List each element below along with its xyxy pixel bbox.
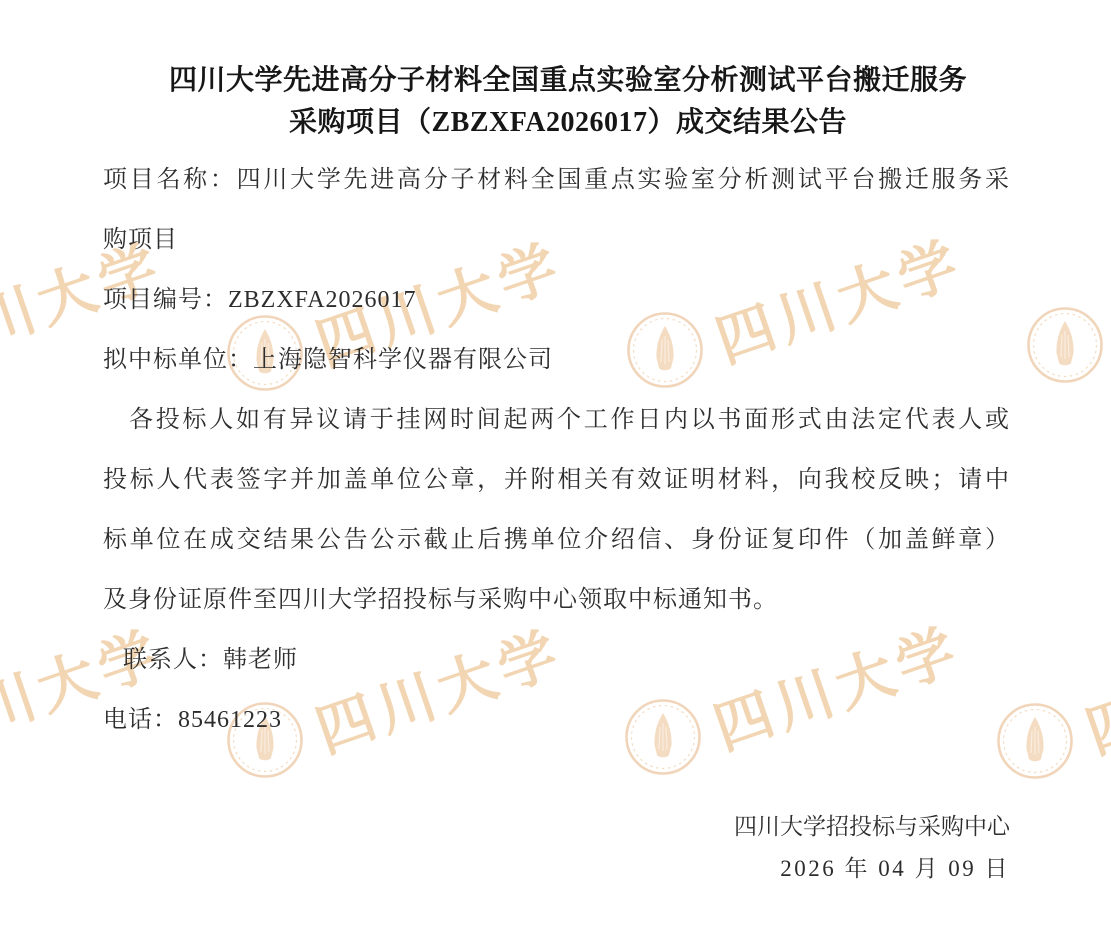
project-name-line: 购项目 [103,210,1010,270]
announcement-page: 四川大学 四川大学 四川大学 [0,0,1111,931]
winning-bidder-line: 拟中标单位：上海隐智科学仪器有限公司 [103,330,1010,390]
contact-line: 联系人：韩老师 [103,630,1010,690]
title-line-2: 采购项目（ZBZXFA2026017）成交结果公告 [25,102,1111,144]
objection-line: 标单位在成交结果公告公示截止后携单位介绍信、身份证复印件（加盖鲜章） [103,510,1010,570]
objection-line: 及身份证原件至四川大学招投标与采购中心领取中标通知书。 [103,570,1010,630]
project-name-line: 项目名称：四川大学先进高分子材料全国重点实验室分析测试平台搬迁服务采 [103,150,1010,210]
document-body: 项目名称：四川大学先进高分子材料全国重点实验室分析测试平台搬迁服务采 购项目 项… [103,150,1010,750]
objection-line: 各投标人如有异议请于挂网时间起两个工作日内以书面形式由法定代表人或 [103,390,1010,450]
project-number-line: 项目编号：ZBZXFA2026017 [103,270,1010,330]
document-title: 四川大学先进高分子材料全国重点实验室分析测试平台搬迁服务 采购项目（ZBZXFA… [25,60,1111,144]
phone-line: 电话：85461223 [103,690,1010,750]
signature-date: 2026 年 04 月 09 日 [0,848,1010,890]
signature-org: 四川大学招投标与采购中心 [0,806,1010,848]
title-line-1: 四川大学先进高分子材料全国重点实验室分析测试平台搬迁服务 [25,60,1111,102]
document-content: 四川大学先进高分子材料全国重点实验室分析测试平台搬迁服务 采购项目（ZBZXFA… [0,60,1111,890]
signature-block: 四川大学招投标与采购中心 2026 年 04 月 09 日 [0,806,1111,890]
objection-line: 投标人代表签字并加盖单位公章，并附相关有效证明材料，向我校反映；请中 [103,450,1010,510]
